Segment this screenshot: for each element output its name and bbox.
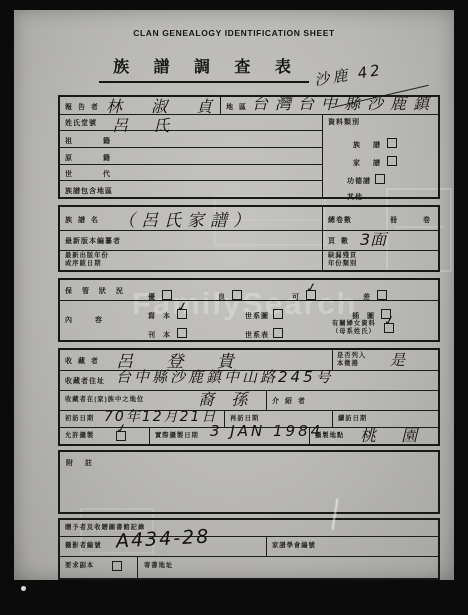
film-number-value: A434-28 [115, 526, 210, 553]
checkbox-icon [387, 156, 397, 166]
checkbox-icon: ✓ [384, 323, 394, 333]
material-type-option: 族 譜 [353, 134, 397, 152]
material-type-option: 家 譜 [353, 152, 397, 170]
compiler-row: 最新版本編纂者 頁 數 3面 [60, 230, 438, 251]
divider [309, 427, 310, 444]
address-label: 收藏者住址 [65, 376, 105, 386]
material-type-cell: 資料類別 族 譜 家 譜 功德譜 其他 [322, 114, 438, 197]
checkbox-icon: ✓ [306, 290, 316, 300]
introducer-label: 介 紹 者 [272, 396, 307, 406]
pages-value: 3面 [360, 227, 386, 250]
condition-section: 保 管 狀 況 優 良 可 ✓ 差 內 容 [58, 278, 440, 342]
coverage-label: 族譜包含地區 [65, 186, 113, 196]
scanned-microfilm-frame: CLAN GENEALOGY IDENTIFICATION SHEET 族 譜 … [0, 0, 468, 615]
checkbox-icon [232, 290, 242, 300]
volumes-label: 總卷數 [328, 215, 352, 225]
genealogy-title-value: （呂氏家譜） [118, 206, 256, 231]
copy-request-row: 要求副本 寄書地址 [60, 556, 438, 578]
storage-label: 保 管 狀 況 [65, 286, 127, 296]
identification-section: 報 告 者 林 淑 貞 地 區 台灣台中縣沙鹿鎮 姓氏堂號 呂 氏 祖 籍 原 … [58, 95, 440, 199]
checkbox-icon [162, 290, 172, 300]
copy-request-label: 要求副本 [65, 562, 94, 570]
checkbox-icon [377, 290, 387, 300]
content-row: 內 容 寫 本 ✓ 刊 本 世系圖 世系表 插 圖 [60, 300, 438, 340]
material-type-label: 資料類別 [328, 117, 360, 127]
surname-label: 姓氏堂號 [65, 118, 97, 128]
admin-section: 贈予者及收贈圖書館記錄 攝影者編號 A434-28 家譜學會編號 要求副本 寄書… [58, 518, 440, 580]
position-label: 收藏者在(家)族中之地位 [65, 396, 144, 404]
mail-address-label: 寄書地址 [144, 562, 173, 570]
missing-pages-label: 缺漏殘頁 年份類別 [328, 252, 357, 268]
holder-section: 收 藏 者 呂 登 貴 是否列入 本微捲 是 收藏者住址 台中縣沙鹿鎮中山路24… [58, 348, 440, 446]
scan-artifact-dot [21, 586, 26, 591]
material-type-other: 其他 [347, 186, 429, 204]
divider [266, 536, 267, 556]
generations-label: 世 代 [65, 169, 122, 179]
film-place-value: 桃 園 [360, 423, 427, 446]
content-option: 刊 本 [148, 324, 187, 342]
surname-row: 姓氏堂號 呂 氏 [60, 114, 322, 130]
divider [266, 390, 267, 410]
film-number-row: 攝影者編號 A434-28 家譜學會編號 [60, 536, 438, 557]
area-value: 台灣台中縣沙鹿鎮 [252, 91, 436, 114]
reporter-label: 報 告 者 [65, 102, 100, 112]
notes-label: 附 註 [66, 458, 97, 468]
storage-condition-row: 保 管 狀 況 優 良 可 ✓ 差 [60, 280, 438, 301]
checkbox-icon [387, 138, 397, 148]
volumes-unit1: 冊 [390, 215, 399, 225]
society-number-label: 家譜學會編號 [272, 542, 316, 550]
checkbox-icon [177, 328, 187, 338]
film-date-label: 實際攝製日期 [155, 432, 199, 440]
film-number-label: 攝影者編號 [65, 542, 101, 550]
checkbox-icon [273, 328, 283, 338]
checkbox-icon: ✓ [116, 431, 126, 441]
other-blank-line [367, 190, 429, 199]
original-home-label: 原 籍 [65, 153, 122, 163]
compiler-label: 最新版本編纂者 [65, 236, 121, 246]
content-label: 內 容 [65, 315, 110, 325]
checkbox-icon: ✓ [177, 309, 187, 319]
women-data-label: 有關婦女資料 （母系姓氏） [332, 320, 376, 336]
pub-year-label: 最新出版年份 或序跋日期 [65, 252, 109, 268]
genealogy-form-paper: CLAN GENEALOGY IDENTIFICATION SHEET 族 譜 … [14, 10, 454, 580]
checkbox-icon [112, 561, 122, 571]
coverage-row: 族譜包含地區 [60, 180, 322, 198]
title-info-section: 族 譜 名 （呂氏家譜） 總卷數 冊 卷 最新版本編纂者 頁 數 3面 最新出版… [58, 205, 440, 272]
genealogy-title-label: 族 譜 名 [65, 215, 100, 225]
film-place-label: 攝製地點 [315, 432, 344, 440]
content-option: 世系表 [245, 324, 283, 342]
women-data-option: 有關婦女資料 （母系姓氏） ✓ [332, 319, 394, 337]
ancestral-home-row: 祖 籍 [60, 130, 322, 148]
content-option: 世系圖 [245, 305, 283, 323]
pages-label: 頁 數 [328, 236, 350, 246]
address-value: 台中縣沙鹿鎮中山路245号 [116, 366, 334, 387]
original-home-row: 原 籍 [60, 147, 322, 165]
checkbox-icon [375, 174, 385, 184]
followup-label: 續訪日期 [338, 415, 367, 423]
listed-label: 是否列入 本微捲 [337, 352, 366, 368]
film-date-value: 3 JAN 1984 [210, 422, 323, 440]
area-label: 地 區 [226, 102, 248, 112]
generations-row: 世 代 [60, 164, 322, 181]
ancestral-home-label: 祖 籍 [65, 136, 122, 146]
notes-section: 附 註 [58, 450, 440, 514]
volumes-unit2: 卷 [423, 215, 432, 225]
divider [332, 410, 333, 427]
pub-year-row: 最新出版年份 或序跋日期 缺漏殘頁 年份類別 [60, 250, 438, 270]
divider [149, 427, 150, 444]
form-title-chinese: 族 譜 調 查 表 [99, 54, 309, 83]
divider [137, 556, 138, 578]
checkbox-icon [273, 309, 283, 319]
content-option: 寫 本 ✓ [148, 305, 187, 323]
filming-row: 允許攝製 ✓ 實際攝製日期 3 JAN 1984 攝製地點 桃 園 [60, 427, 438, 444]
divider [220, 97, 221, 114]
first-visit-label: 初訪日期 [65, 415, 94, 423]
holder-label: 收 藏 者 [65, 356, 100, 366]
permission-label: 允許攝製 [65, 432, 94, 440]
form-title-english: CLAN GENEALOGY IDENTIFICATION SHEET [14, 28, 454, 38]
listed-value: 是 [390, 349, 405, 370]
